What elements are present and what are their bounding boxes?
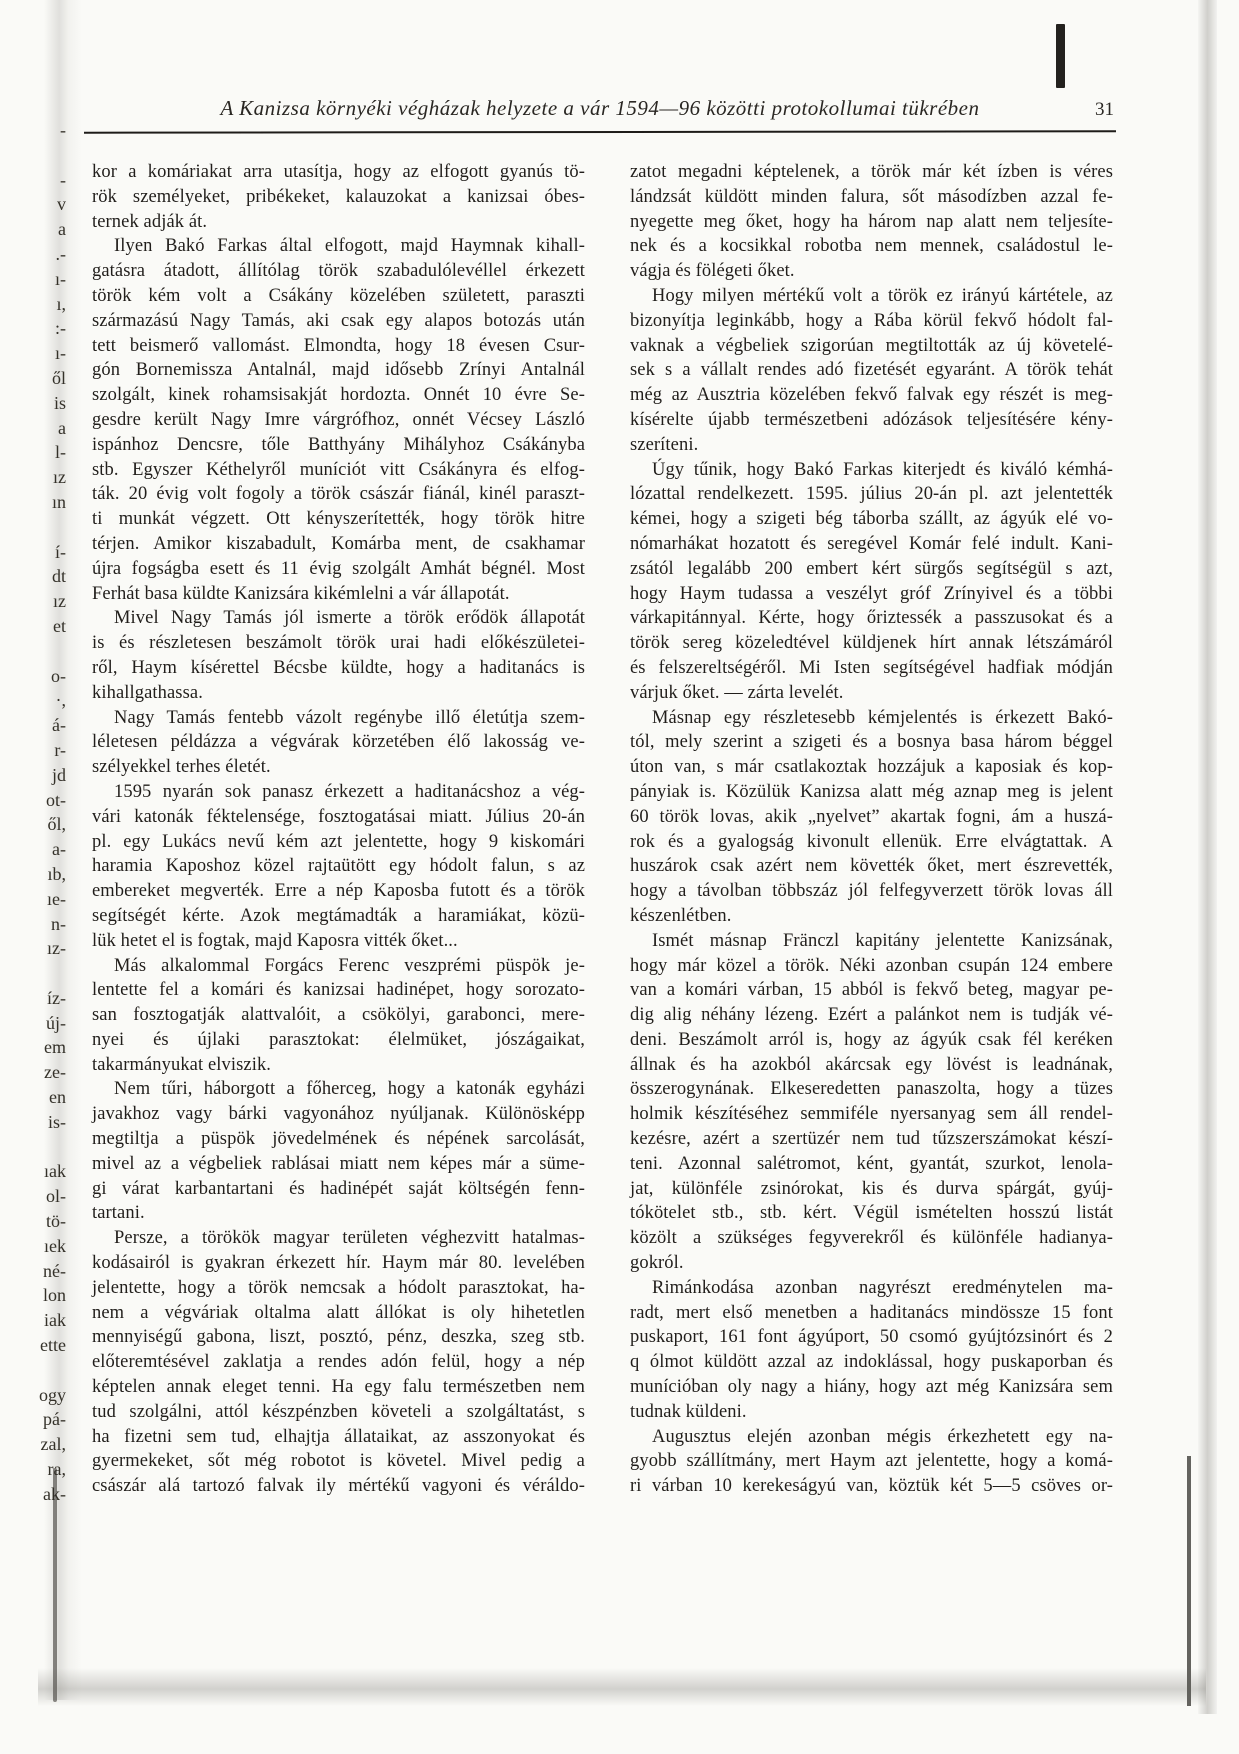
text-line: térjen. Amikor kiszabadult, Komárba ment… [92, 532, 585, 557]
gutter-fragment: ak- [8, 1482, 66, 1507]
gutter-fragment: ogy [8, 1383, 66, 1408]
text-line: javakhoz vagy bárki vagyonához nyúljanak… [92, 1102, 585, 1127]
gutter-fragment: ı- [8, 341, 66, 366]
text-line: hogy már közel a török. Néki azonban csu… [630, 954, 1113, 979]
gutter-fragment: ıek [8, 1234, 66, 1259]
text-line: török kém volt a Csákány közelében szüle… [92, 284, 585, 309]
text-line: Mivel Nagy Tamás jól ismerte a török erő… [92, 606, 585, 631]
text-line: nem a végváriak oltalma alatt állókat is… [92, 1301, 585, 1326]
gutter-fragment: ot- [8, 788, 66, 813]
text-line: tókötelet stb., stb. kért. Végül ismétel… [630, 1201, 1113, 1226]
header-rule [84, 130, 1116, 133]
text-line: jelentette, hogy a török nemcsak a hódol… [92, 1276, 585, 1301]
gutter-fragment: o- [8, 664, 66, 689]
text-line: gyobb szállítmány, mert Haym azt jelente… [630, 1449, 1113, 1474]
text-line: készenlétben. [630, 904, 1113, 929]
text-line: 60 török lovas, akik „nyelvet” akartak f… [630, 805, 1113, 830]
gutter-fragment: á- [8, 713, 66, 738]
text-line: van a komári várban, 15 abból is fekvő b… [630, 978, 1113, 1003]
text-line: ternek adják át. [92, 210, 585, 235]
text-line: zatot megadni képtelenek, a török már ké… [630, 160, 1113, 185]
gutter-fragment: .- [8, 242, 66, 267]
text-line: léletesen példázza a végvárak körzetében… [92, 730, 585, 755]
gutter-text-fragments: --va.-ı-ı,:-ı-őlisal-ızıní-dtızeto-·,á-r… [8, 118, 66, 1507]
text-line: Augusztus elején azonban mégis érkezhete… [630, 1425, 1113, 1450]
text-line: pl. egy Lukács nevű kém azt jelentette, … [92, 830, 585, 855]
text-line: előteremtésével zaklatja a rendes adón f… [92, 1350, 585, 1375]
text-line: lük hetet el is fogtak, majd Kaposra vit… [92, 929, 585, 954]
text-line: Nagy Tamás fentebb vázolt regénybe illő … [92, 706, 585, 731]
text-line: munícióban oly nagy a hiány, hogy azt mé… [630, 1375, 1113, 1400]
text-line: is és részletesen beszámolt török urai h… [92, 631, 585, 656]
text-line: kor a komáriakat arra utasítja, hogy az … [92, 160, 585, 185]
text-line: császár alá tartozó falvak ily mértékű v… [92, 1474, 585, 1499]
text-line: kísérelte újabb természetbeni adózások t… [630, 408, 1113, 433]
text-line: Másnap egy részletesebb kémjelentés is é… [630, 706, 1113, 731]
text-line: tudnak küldeni. [630, 1400, 1113, 1425]
gutter-fragment: ra, [8, 1457, 66, 1482]
text-line: nyei és újlaki parasztokat: élelmüket, j… [92, 1028, 585, 1053]
text-line: vaknak a végbeliek szigorúan megtiltottá… [630, 334, 1113, 359]
text-line: képtelen annak eleget tenni. Ha egy falu… [92, 1375, 585, 1400]
text-line: gatásra átadott, állítólag török szabadu… [92, 259, 585, 284]
gutter-fragment: iak [8, 1308, 66, 1333]
text-line: tartani. [92, 1201, 585, 1226]
text-line: jat, különféle zsinórokat, kis és durva … [630, 1177, 1113, 1202]
gutter-fragment: a [8, 217, 66, 242]
gutter-fragment [8, 143, 66, 168]
text-line: várkapitánnyal. Kérte, hogy őriztessék a… [630, 606, 1113, 631]
text-line: nómarhákat hozatott és seregével Komár f… [630, 532, 1113, 557]
gutter-fragment: ı- [8, 267, 66, 292]
gutter-fragment: ız [8, 589, 66, 614]
text-line: mennyiségű gabona, liszt, posztó, pénz, … [92, 1325, 585, 1350]
text-line: várjuk őket. — zárta levelét. [630, 681, 1113, 706]
text-line: haramia Kaposhoz közel rajtaütött egy hó… [92, 854, 585, 879]
gutter-fragment [8, 1358, 66, 1383]
page-number: 31 [1058, 99, 1114, 121]
text-line: tett beismerő vallomást. Elmondta, hogy … [92, 334, 585, 359]
text-line: még az Ausztria közelében fekvő falvak e… [630, 383, 1113, 408]
gutter-fragment: ze- [8, 1060, 66, 1085]
text-line: szolgált, kinek rohamsisakját hordozta. … [92, 383, 585, 408]
text-line: vágja és fölégeti őket. [630, 259, 1113, 284]
text-line: huszárok csak azért nem követték őket, m… [630, 854, 1113, 879]
scan-artifact-ink-mark [1056, 24, 1065, 88]
text-line: úton van, s már csatlakoztak hozzájuk a … [630, 755, 1113, 780]
gutter-fragment: dt [8, 564, 66, 589]
text-line: embereket megverték. Erre a nép Kaposba … [92, 879, 585, 904]
gutter-fragment: ıak [8, 1159, 66, 1184]
text-line: kezésre, azért a szertüzér nem tud tűzsz… [630, 1127, 1113, 1152]
text-line: dig alig néhány lézeng. Ezért a palánkot… [630, 1003, 1113, 1028]
text-line: 1595 nyarán sok panasz érkezett a hadita… [92, 780, 585, 805]
gutter-fragment: ıb, [8, 862, 66, 887]
gutter-fragment: lon [8, 1283, 66, 1308]
gutter-fragment [8, 1135, 66, 1160]
page-edge-band [1198, 0, 1217, 1714]
text-line: gokról. [630, 1251, 1113, 1276]
gutter-fragment: ol- [8, 1184, 66, 1209]
gutter-fragment: zal, [8, 1432, 66, 1457]
gutter-fragment: v [8, 192, 66, 217]
text-line: lándzsát küldött minden falura, sőt máso… [630, 185, 1113, 210]
gutter-fragment: - [8, 118, 66, 143]
text-line: ha fizetni sem tud, elhajtja állataikat,… [92, 1425, 585, 1450]
text-line: holmik készítéséhez semmiféle nyersanyag… [630, 1102, 1113, 1127]
gutter-fragment: :- [8, 316, 66, 341]
text-line: ri várban 10 kerekeságyú van, köztük két… [630, 1474, 1113, 1499]
text-line: gesdre került Nagy Imre várgrófhoz, onné… [92, 408, 585, 433]
text-line: származású Nagy Tamás, aki csak egy alap… [92, 309, 585, 334]
gutter-fragment: a [8, 416, 66, 441]
text-line: és felszereltségéről. Mi Isten segítségé… [630, 656, 1113, 681]
text-line: hogy a távolban többszáz jól felfegyverz… [630, 879, 1113, 904]
text-line: bizonyítja leginkább, hogy a Rába körül … [630, 309, 1113, 334]
gutter-fragment: l- [8, 440, 66, 465]
gutter-fragment: ·, [8, 688, 66, 713]
text-line: q ólmot küldött azzal az indoklással, ho… [630, 1350, 1113, 1375]
text-column-left: kor a komáriakat arra utasítja, hogy az … [92, 160, 585, 1499]
text-line: megtiltja a püspök jövedelmének és népén… [92, 1127, 585, 1152]
text-line: összerogynának. Elkeseredetten panaszolt… [630, 1077, 1113, 1102]
text-line: ták. 20 évig volt fogoly a török császár… [92, 482, 585, 507]
gutter-fragment: - [8, 168, 66, 193]
text-line: takarmányukat elviszik. [92, 1053, 585, 1078]
gutter-fragment: a- [8, 837, 66, 862]
gutter-fragment [8, 515, 66, 540]
gutter-fragment: is [8, 391, 66, 416]
text-line: puskaport, 161 font ágyúport, 50 csomó g… [630, 1325, 1113, 1350]
gutter-fragment: en [8, 1085, 66, 1110]
text-line: rök személyeket, pribékeket, kalauzokat … [92, 185, 585, 210]
text-line: zsától legalább 200 embert kért sürgős s… [630, 557, 1113, 582]
gutter-fragment: n- [8, 912, 66, 937]
text-column-right: zatot megadni képtelenek, a török már ké… [630, 160, 1113, 1499]
text-line: lentette fel a komári és kanizsai hadiné… [92, 978, 585, 1003]
text-line: lózattal rendelkezett. 1595. július 20-á… [630, 482, 1113, 507]
gutter-fragment: í- [8, 540, 66, 565]
text-line: gi várat karbantartani és hadinépét sajá… [92, 1177, 585, 1202]
text-line: gón Bornemissza Antalnál, majd idősebb Z… [92, 358, 585, 383]
text-line: gyermekeket, sőt még robotot is követel.… [92, 1449, 585, 1474]
text-line: szélyekkel terhes életét. [92, 755, 585, 780]
gutter-fragment: ette [8, 1333, 66, 1358]
gutter-fragment: tö- [8, 1209, 66, 1234]
text-line: kémei, hogy a szigeti bég táborba szállt… [630, 507, 1113, 532]
text-line: török sereg közeledtével küldjenek hírt … [630, 631, 1113, 656]
gutter-fragment [8, 961, 66, 986]
text-line: radt, mert első menetben a haditanács mi… [630, 1301, 1113, 1326]
text-line: ti munkát végzett. Ott kényszerítették, … [92, 507, 585, 532]
text-line: stb. Egyszer Kéthelyről muníciót vitt Cs… [92, 458, 585, 483]
gutter-fragment: is- [8, 1110, 66, 1135]
gutter-fragment: ız- [8, 936, 66, 961]
text-line: Úgy tűnik, hogy Bakó Farkas kiterjedt és… [630, 458, 1113, 483]
text-line: tud szolgálni, attól készpénzben követel… [92, 1400, 585, 1425]
running-title: A Kanizsa környéki végházak helyzete a v… [86, 96, 1114, 121]
text-line: nyegette meg őket, hogy ha három nap ala… [630, 210, 1113, 235]
text-line: Más alkalommal Forgács Ferenc veszprémi … [92, 954, 585, 979]
text-line: sek s a vállalt rendes adó fizetését egy… [630, 358, 1113, 383]
gutter-fragment: íz- [8, 986, 66, 1011]
gutter-fragment: ől [8, 366, 66, 391]
text-line: Ilyen Bakó Farkas által elfogott, majd H… [92, 234, 585, 259]
gutter-fragment: em [8, 1035, 66, 1060]
text-line: san fosztogatják alattvalóit, a csökölyi… [92, 1003, 585, 1028]
text-line: állnak és ha azokból akárcsak egy lövést… [630, 1053, 1113, 1078]
gutter-fragment: jd [8, 763, 66, 788]
text-line: kihallgathassa. [92, 681, 585, 706]
text-line: deni. Beszámolt arról is, hogy az ágyúk … [630, 1028, 1113, 1053]
gutter-fragment: új- [8, 1011, 66, 1036]
text-line: közölt a szükséges fegyverekről és külön… [630, 1226, 1113, 1251]
text-line: Rimánkodása azonban nagyrészt eredményte… [630, 1276, 1113, 1301]
text-line: vári katonák féktelensége, fosztogatásai… [92, 805, 585, 830]
page-bottom-shadow [38, 1668, 1206, 1706]
text-line: teni. Azonnal salétromot, ként, gyantát,… [630, 1152, 1113, 1177]
text-line: Nem tűri, háborgott a főherceg, hogy a k… [92, 1077, 585, 1102]
gutter-fragment: et [8, 614, 66, 639]
text-line: segítségét kérte. Azok megtámadták a har… [92, 904, 585, 929]
gutter-fragment [8, 639, 66, 664]
text-line: Ferhát basa küldte Kanizsára kikémlelni … [92, 582, 585, 607]
text-line: Hogy milyen mértékű volt a török ez irán… [630, 284, 1113, 309]
text-line: pányiak is. Közülük Kanizsa alatt még az… [630, 780, 1113, 805]
text-line: ispánhoz Dencsre, tőle Batthyány Mihályh… [92, 433, 585, 458]
text-line: tól, mely szerint a szigeti és a bosnya … [630, 730, 1113, 755]
text-line: szeríteni. [630, 433, 1113, 458]
gutter-fragment: ız [8, 465, 66, 490]
gutter-fragment: ın [8, 490, 66, 515]
gutter-fragment: pá- [8, 1407, 66, 1432]
gutter-fragment: r- [8, 738, 66, 763]
text-line: kodásairól is gyakran érkezett hír. Haym… [92, 1251, 585, 1276]
gutter-fragment: ől, [8, 812, 66, 837]
text-line: újra fogságba esett és 11 évig szolgált … [92, 557, 585, 582]
scan-artifact-bottom-left-line [53, 1468, 57, 1702]
text-line: nek és a kocsikkal robotba nem mennek, c… [630, 234, 1113, 259]
text-line: Persze, a törökök magyar területen véghe… [92, 1226, 585, 1251]
book-page-scan: --va.-ı-ı,:-ı-őlisal-ızıní-dtızeto-·,á-r… [0, 0, 1239, 1754]
text-line: mivel az a végbeliek rablásai miatt nem … [92, 1152, 585, 1177]
gutter-fragment: ıe- [8, 887, 66, 912]
gutter-fragment: ı, [8, 292, 66, 317]
text-line: ről, Haym kísérettel Bécsbe küldte, hogy… [92, 656, 585, 681]
text-line: rok és a gyalogság kivonult ellenük. Err… [630, 830, 1113, 855]
text-line: Ismét másnap Fränczl kapitány jelentette… [630, 929, 1113, 954]
gutter-fragment: né- [8, 1259, 66, 1284]
text-line: hogy Haym tudassa a veszélyt gróf Zrínyi… [630, 582, 1113, 607]
